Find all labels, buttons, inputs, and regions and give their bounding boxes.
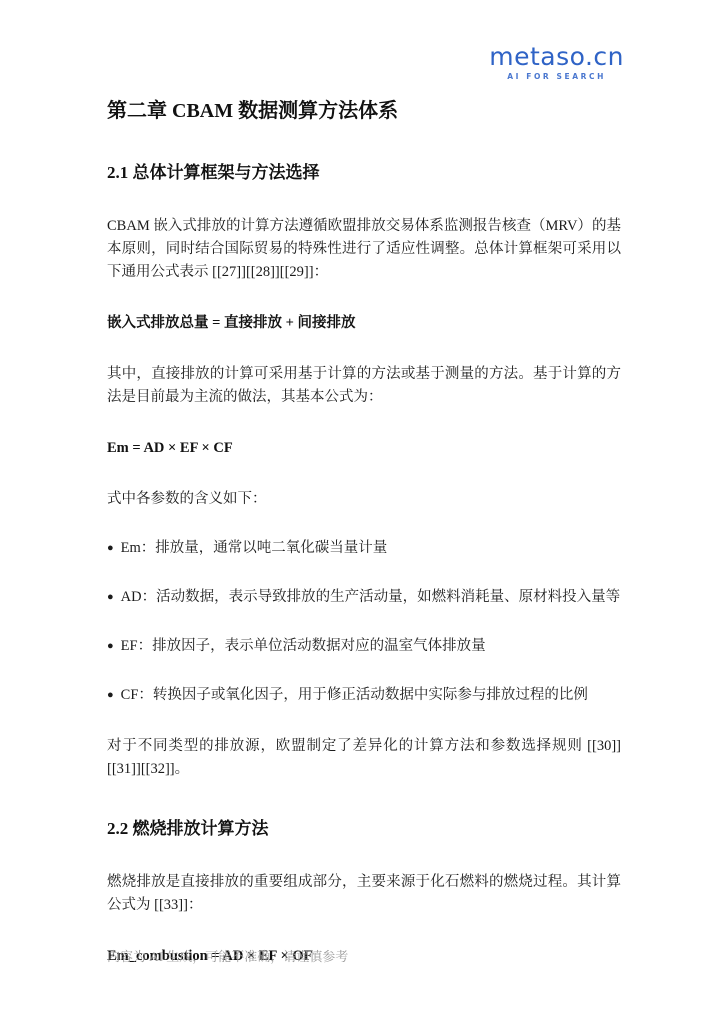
parameter-list: ●Em：排放量，通常以吨二氧化碳当量计量 ●AD：活动数据，表示导致排放的生产活…	[107, 537, 621, 707]
bullet-icon: ●	[107, 586, 114, 609]
section-heading-2-2: 2.2 燃烧排放计算方法	[107, 817, 621, 841]
document-content: 第二章 CBAM 数据测算方法体系 2.1 总体计算框架与方法选择 CBAM 嵌…	[107, 98, 621, 968]
paragraph-rules: 对于不同类型的排放源，欧盟制定了差异化的计算方法和参数选择规则 [[30]][[…	[107, 735, 621, 781]
brand-name: metaso.cn	[489, 44, 624, 69]
paragraph-direct-emissions: 其中，直接排放的计算可采用基于计算的方法或基于测量的方法。基于计算的方法是目前最…	[107, 363, 621, 409]
formula-total-emissions: 嵌入式排放总量 = 直接排放 + 间接排放	[107, 312, 621, 335]
document-page: metaso.cn AI FOR SEARCH 第二章 CBAM 数据测算方法体…	[0, 0, 724, 1024]
formula-em: Em = AD × EF × CF	[107, 437, 621, 460]
list-item: ●EF：排放因子，表示单位活动数据对应的温室气体排放量	[107, 635, 621, 658]
paragraph-params-intro: 式中各参数的含义如下：	[107, 488, 621, 511]
paragraph-combustion: 燃烧排放是直接排放的重要组成部分，主要来源于化石燃料的燃烧过程。其计算公式为 […	[107, 871, 621, 917]
list-item-text: CF：转换因子或氧化因子，用于修正活动数据中实际参与排放过程的比例	[121, 687, 588, 703]
ai-disclaimer: 内容为 AI 生成，可能不准确，请谨慎参考	[107, 948, 348, 966]
bullet-icon: ●	[107, 635, 114, 658]
list-item: ●CF：转换因子或氧化因子，用于修正活动数据中实际参与排放过程的比例	[107, 684, 621, 707]
list-item: ●AD：活动数据，表示导致排放的生产活动量，如燃料消耗量、原材料投入量等	[107, 586, 621, 609]
brand-tagline: AI FOR SEARCH	[489, 73, 624, 81]
list-item: ●Em：排放量，通常以吨二氧化碳当量计量	[107, 537, 621, 560]
metaso-logo: metaso.cn AI FOR SEARCH	[489, 44, 624, 81]
bullet-icon: ●	[107, 684, 114, 707]
paragraph-framework: CBAM 嵌入式排放的计算方法遵循欧盟排放交易体系监测报告核查（MRV）的基本原…	[107, 215, 621, 284]
chapter-title: 第二章 CBAM 数据测算方法体系	[107, 98, 621, 125]
section-heading-2-1: 2.1 总体计算框架与方法选择	[107, 161, 621, 185]
list-item-text: EF：排放因子，表示单位活动数据对应的温室气体排放量	[121, 638, 486, 654]
list-item-text: Em：排放量，通常以吨二氧化碳当量计量	[121, 540, 388, 556]
list-item-text: AD：活动数据，表示导致排放的生产活动量，如燃料消耗量、原材料投入量等	[121, 589, 620, 605]
bullet-icon: ●	[107, 537, 114, 560]
